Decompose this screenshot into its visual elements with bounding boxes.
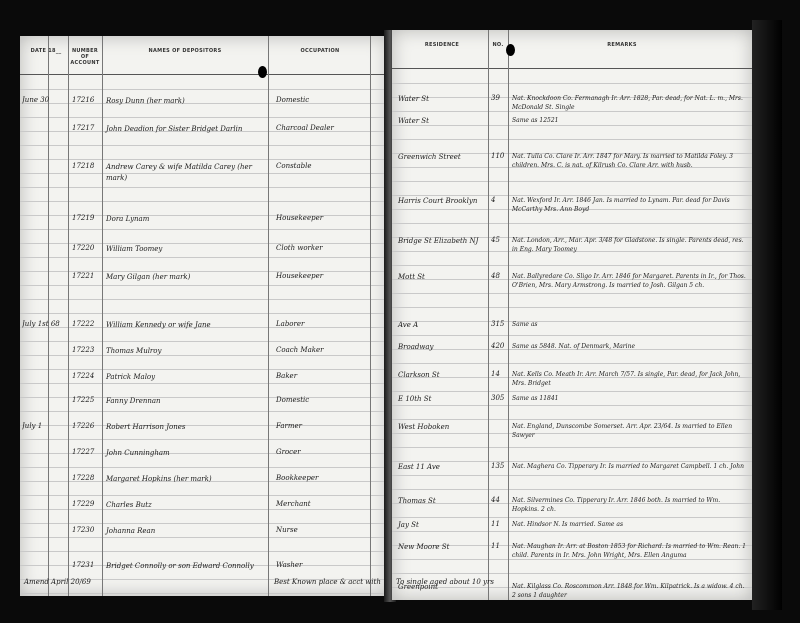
entry-no: 45 [491,236,500,244]
entry-depositor-name: Patrick Maloy [106,372,155,383]
entry-occupation: Baker [276,372,297,380]
column-divider [508,30,509,600]
header-account-number: Number of Account [70,48,100,66]
entry-occupation: Charcoal Dealer [276,124,334,132]
entry-no: 14 [491,370,500,378]
punch-hole [506,44,515,56]
entry-occupation: Domestic [276,396,309,404]
entry-no: 420 [491,342,504,350]
entry-no: 135 [491,462,504,470]
entry-occupation: Housekeeper [276,272,323,280]
entry-date: July 1 [22,422,66,430]
entry-residence: Bridge St Elizabeth NJ [398,236,478,247]
ledger-right-page: RESIDENCE No. REMARKS Water St39Nat. Kno… [392,30,752,600]
header-no: No. [490,42,506,48]
entry-residence: Jay St [398,520,419,531]
column-divider [68,36,69,596]
entry-remarks: Nat. England, Dunscombe Somerset. Arr. A… [512,422,748,440]
entry-occupation: Washer [276,561,302,569]
entry-account-number: 17223 [72,346,94,354]
entry-depositor-name: Dora Lynam [106,214,149,225]
entry-account-number: 17230 [72,526,94,534]
header-occupation: OCCUPATION [275,48,365,54]
entry-residence: Water St [398,94,429,105]
entry-account-number: 17229 [72,500,94,508]
entry-remarks: Nat. Tulla Co. Clare Ir. Arr. 1847 for M… [512,152,748,170]
entry-occupation: Housekeeper [276,214,323,222]
entry-residence: Broadway [398,342,433,353]
entry-occupation: Cloth worker [276,244,323,252]
entry-account-number: 17218 [72,162,94,170]
entry-occupation: Coach Maker [276,346,323,354]
entry-date: July 1st 68 [22,320,66,328]
entry-residence: Ave A [398,320,418,331]
entry-account-number: 17226 [72,422,94,430]
entry-no: 4 [491,196,495,204]
ruled-lines [20,76,388,596]
entry-depositor-name: Charles Butz [106,500,152,511]
entry-depositor-name: Bridget Connolly or son Edward Connolly [106,561,254,572]
entry-remarks: Nat. Maghera Co. Tipperary Ir. Is marrie… [512,462,748,471]
entry-depositor-name: William Toomey [106,244,162,255]
entry-residence: Clarkson St [398,370,440,381]
entry-account-number: 17221 [72,272,94,280]
header-rule [392,68,752,69]
punch-hole [258,66,267,78]
column-divider [268,36,269,596]
entry-occupation: Laborer [276,320,304,328]
entry-no: 48 [491,272,500,280]
entry-date: June 30 [22,96,66,104]
entry-residence: Water St [398,116,429,127]
entry-remarks: Nat. Knockdoon Co. Fermanagh Ir. Arr. 18… [512,94,748,112]
entry-account-number: 17231 [72,561,94,569]
entry-residence: Mott St [398,272,425,283]
entry-occupation: Merchant [276,500,311,508]
entry-occupation: Domestic [276,96,309,104]
entry-occupation: Nurse [276,526,298,534]
entry-depositor-name: Rosy Dunn (her mark) [106,96,185,107]
entry-account-number: 17227 [72,448,94,456]
entry-residence: New Moore St [398,542,449,553]
header-residence: RESIDENCE [398,42,486,48]
column-divider [488,30,489,600]
entry-remarks: Nat. Silvermines Co. Tipperary Ir. Arr. … [512,496,748,514]
header-depositor-names: NAMES OF DEPOSITORS [110,48,260,54]
entry-depositor-name: Robert Harrison Jones [106,422,186,433]
entry-no: 305 [491,394,504,402]
entry-residence: Greenwich Street [398,152,461,163]
entry-no: 11 [491,520,500,528]
entry-account-number: 17220 [72,244,94,252]
entry-account-number: 17224 [72,372,94,380]
entry-remarks: Nat. London, Arr., Mar. Apr. 3/48 for Gl… [512,236,748,254]
entry-depositor-name: Andrew Carey & wife Matilda Carey (her m… [106,162,266,184]
column-divider [370,36,371,596]
ledger-left-page: DATE 18__ Number of Account NAMES OF DEP… [20,36,388,596]
footer-occupation-note: Best Known place & acct with [274,578,381,586]
entry-account-number: 17225 [72,396,94,404]
entry-occupation: Grocer [276,448,301,456]
entry-remarks: Same as [512,320,748,329]
entry-no: 110 [491,152,504,160]
entry-remarks: Same as 5848. Nat. of Denmark, Marine [512,342,748,351]
entry-residence: West Hoboken [398,422,449,433]
entry-depositor-name: Johanna Rean [106,526,155,537]
entry-account-number: 17216 [72,96,94,104]
entry-residence: East 11 Ave [398,462,440,473]
entry-residence: E 10th St [398,394,431,405]
entry-occupation: Farmer [276,422,302,430]
header-rule [20,74,388,75]
header-date: DATE 18__ [28,48,64,54]
scan-edge [752,20,782,610]
entry-depositor-name: William Kennedy or wife Jane [106,320,211,331]
column-divider [102,36,103,596]
entry-residence: Harris Court Brooklyn [398,196,477,207]
entry-no: 44 [491,496,500,504]
entry-residence: Thomas St [398,496,436,507]
footer-amend-note: Amend April 20/69 [24,578,91,586]
entry-remarks: Nat. Ballyredare Co. Sligo Ir. Arr. 1846… [512,272,748,290]
entry-occupation: Constable [276,162,312,170]
entry-remarks: Nat. Wexford Ir. Arr. 1846 Jan. Is marri… [512,196,748,214]
entry-account-number: 17219 [72,214,94,222]
entry-account-number: 17228 [72,474,94,482]
entry-depositor-name: John Cunningham [106,448,170,459]
entry-remarks: Same as 12521 [512,116,748,125]
entry-account-number: 17217 [72,124,94,132]
entry-depositor-name: Thomas Mulroy [106,346,161,357]
entry-depositor-name: Mary Gilgan (her mark) [106,272,190,283]
entry-no: 11 [491,542,500,550]
entry-depositor-name: Margaret Hopkins (her mark) [106,474,212,485]
entry-account-number: 17222 [72,320,94,328]
entry-remarks: Nat. Kilglass Co. Roscommon Arr. 1848 fo… [512,582,748,600]
entry-depositor-name: John Deadion for Sister Bridget Darlin [106,124,242,135]
entry-remarks: Nat. Hindsor N. Is married. Same as [512,520,748,529]
entry-remarks: Nat. Kells Co. Meath Ir. Arr. March 7/57… [512,370,748,388]
entry-remarks: Same as 11841 [512,394,748,403]
entry-no: 39 [491,94,500,102]
header-remarks: REMARKS [522,42,722,48]
footer-remark-note: To single aged about 10 yrs [396,578,494,586]
column-divider [48,36,49,596]
entry-no: 315 [491,320,504,328]
entry-remarks: Nat. Maughan Ir. Arr. at Boston 1853 for… [512,542,748,560]
entry-depositor-name: Fanny Drennan [106,396,161,407]
entry-occupation: Bookkeeper [276,474,318,482]
